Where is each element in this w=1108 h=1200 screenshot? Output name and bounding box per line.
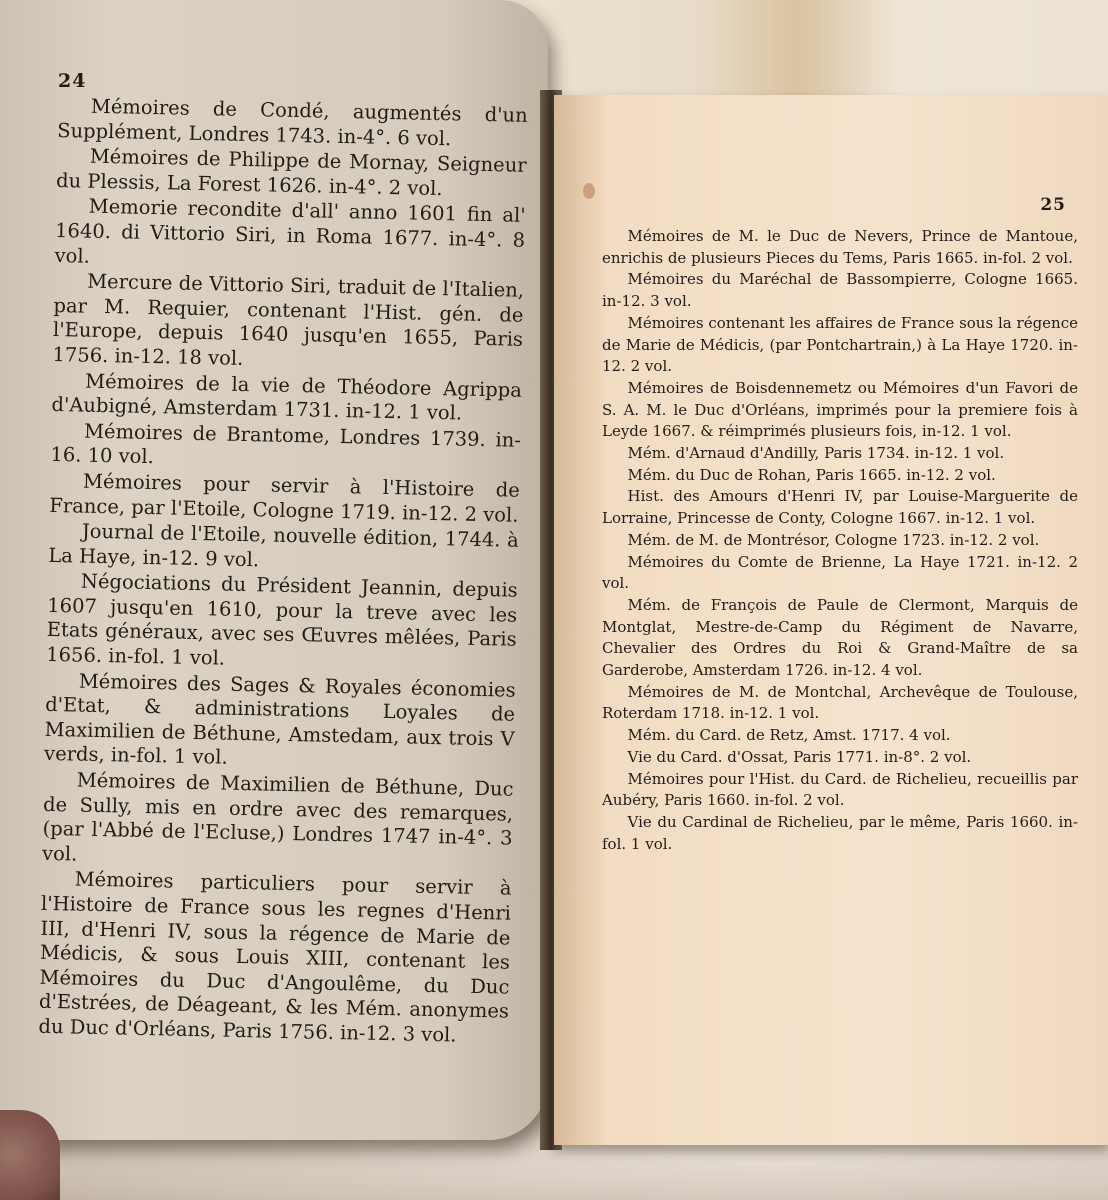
bibliography-entry: Mémoires contenant les affaires de Franc… — [602, 313, 1078, 378]
foxing-stain — [583, 183, 595, 199]
bibliography-entry: Mémoires particuliers pour servir à l'Hi… — [38, 867, 512, 1049]
bibliography-entry: Mém. de M. de Montrésor, Cologne 1723. i… — [602, 530, 1078, 552]
bibliography-entry: Mémoires de M. le Duc de Nevers, Prince … — [602, 226, 1078, 269]
bibliography-entry: Mémoires pour servir à l'Histoire de Fra… — [49, 469, 520, 528]
bibliography-entry: Journal de l'Etoile, nouvelle édition, 1… — [48, 519, 519, 578]
bibliography-entry: Mémoires de Condé, augmentés d'un Supplé… — [57, 94, 528, 153]
bibliography-entry: Mémoires de M. de Montchal, Archevêque d… — [602, 682, 1078, 725]
bibliography-entry: Mercure de Vittorio Siri, traduit de l'I… — [52, 269, 524, 377]
bibliography-entry: Mémoires de Brantome, Londres 1739. in-1… — [50, 419, 521, 478]
page-number-left: 24 — [58, 70, 86, 92]
bibliography-entry: Mémoires des Sages & Royales économies d… — [44, 669, 516, 777]
bibliography-list-right: Mémoires de M. le Duc de Nevers, Prince … — [602, 226, 1078, 855]
bibliography-entry: Vie du Cardinal de Richelieu, par le mêm… — [602, 812, 1078, 855]
bibliography-entry: Négociations du Président Jeannin, depui… — [46, 569, 518, 677]
right-page: 25 Mémoires de M. le Duc de Nevers, Prin… — [554, 95, 1108, 1145]
bibliography-entry: Mém. d'Arnaud d'Andilly, Paris 1734. in-… — [602, 443, 1078, 465]
bibliography-entry: Mémoires du Comte de Brienne, La Haye 17… — [602, 552, 1078, 595]
page-number-right: 25 — [1040, 195, 1066, 215]
bibliography-entry: Mém. du Card. de Retz, Amst. 1717. 4 vol… — [602, 725, 1078, 747]
bibliography-entry: Hist. des Amours d'Henri IV, par Louise-… — [602, 486, 1078, 529]
bibliography-entry: Mém. de François de Paule de Clermont, M… — [602, 595, 1078, 682]
bibliography-entry: Vie du Card. d'Ossat, Paris 1771. in-8°.… — [602, 747, 1078, 769]
bibliography-entry: Mém. du Duc de Rohan, Paris 1665. in-12.… — [602, 465, 1078, 487]
bibliography-entry: Mémoires de Boisdennemetz ou Mémoires d'… — [602, 378, 1078, 443]
bibliography-entry: Mémoires du Maréchal de Bassompierre, Co… — [602, 269, 1078, 312]
bibliography-entry: Mémoires de Maximilien de Béthune, Duc d… — [42, 768, 514, 876]
bibliography-entry: Mémoires de Philippe de Mornay, Seigneur… — [56, 144, 527, 203]
bibliography-entry: Memorie recondite d'all' anno 1601 fin a… — [54, 194, 525, 278]
bibliography-entry: Mémoires de la vie de Théodore Agrippa d… — [51, 368, 522, 427]
left-page: 24 Mémoires de Condé, augmentés d'un Sup… — [0, 0, 548, 1140]
bibliography-list-left: Mémoires de Condé, augmentés d'un Supplé… — [38, 94, 528, 1049]
bibliography-entry: Mémoires pour l'Hist. du Card. de Richel… — [602, 769, 1078, 812]
